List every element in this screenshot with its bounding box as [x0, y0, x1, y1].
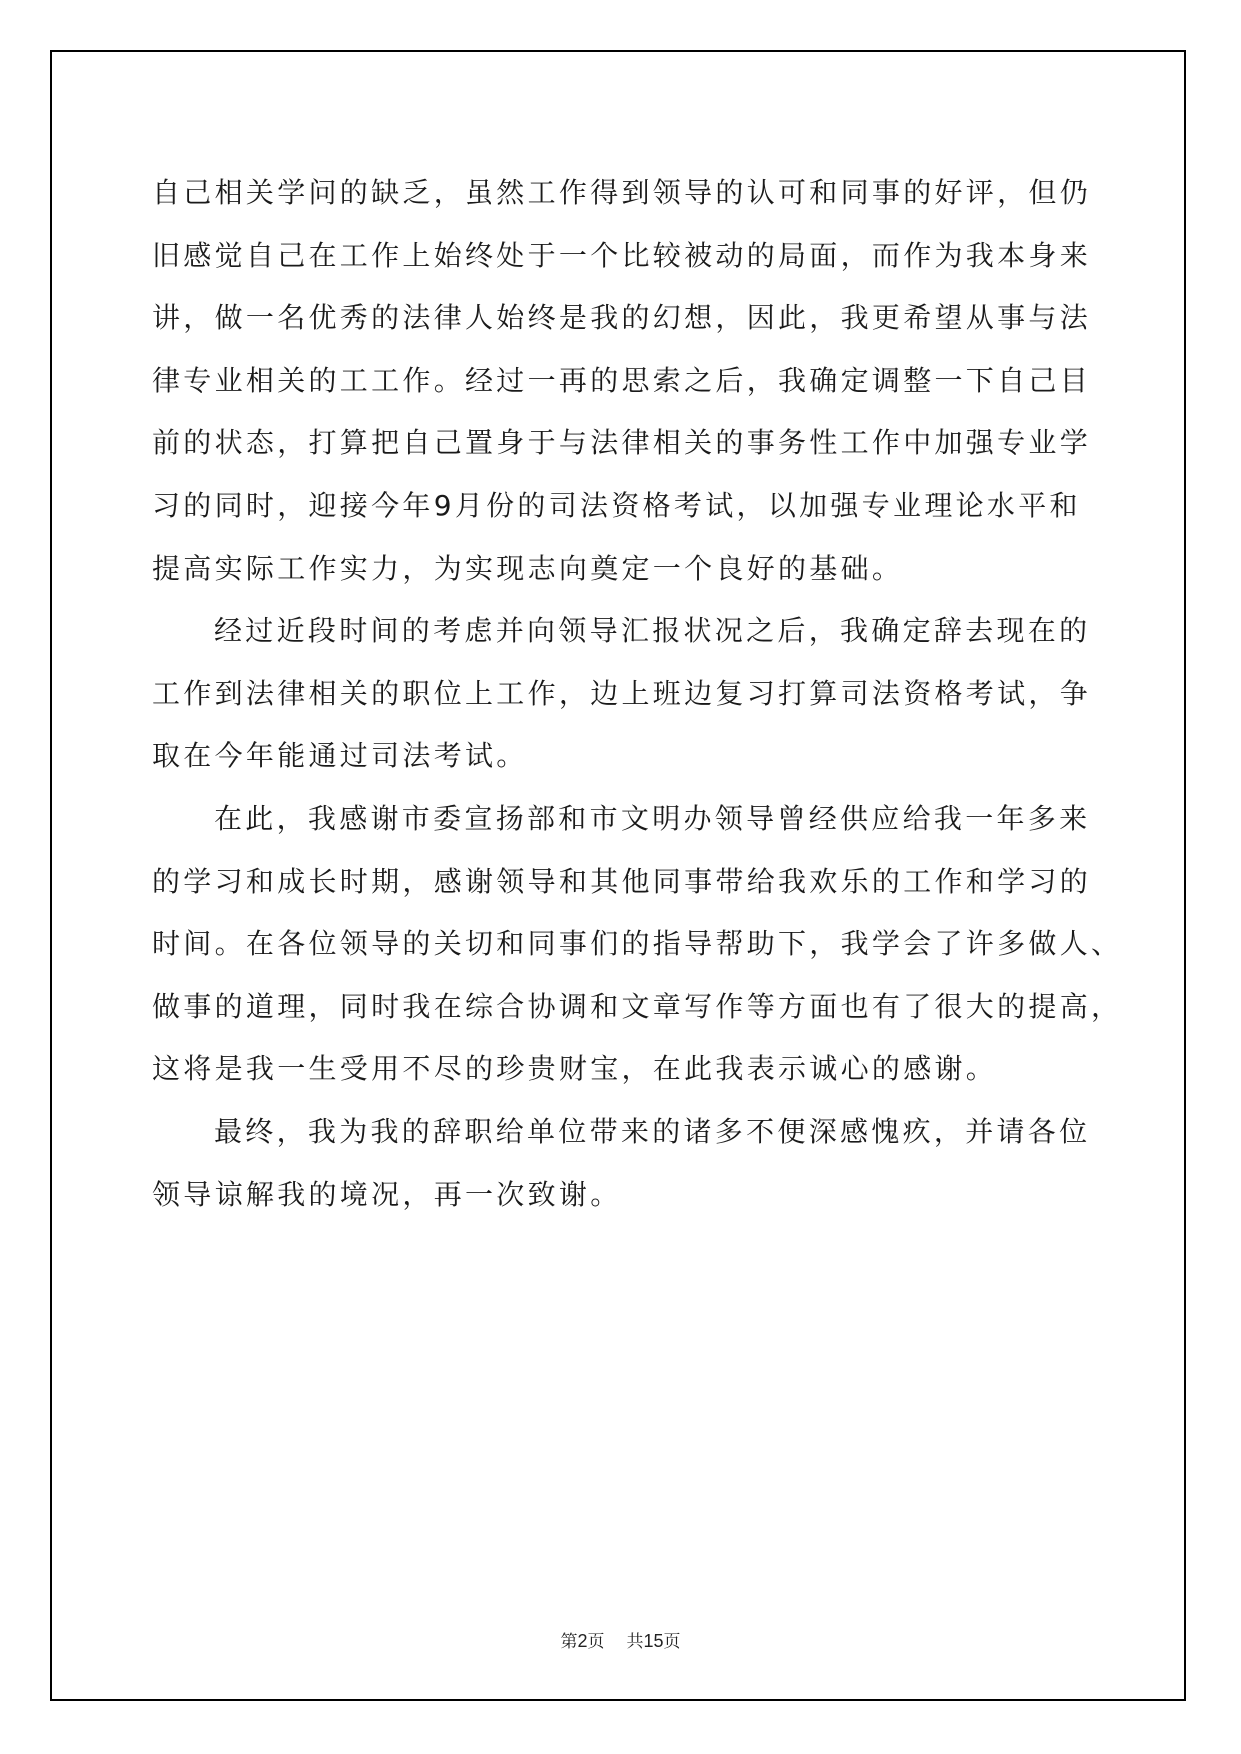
text-line-9: 工作到法律相关的职位上工作，边上班边复习打算司法资格考试，争 [152, 663, 1087, 726]
paragraph-start-line-16: 最终，我为我的辞职给单位带来的诸多不便深感愧疚，并请各位 [152, 1101, 1087, 1164]
text-line-7: 提高实际工作实力，为实现志向奠定一个良好的基础。 [152, 538, 1087, 601]
total-suffix: 页 [664, 1632, 681, 1652]
page-footer: 第2页共15页 [0, 1627, 1241, 1652]
current-page-number: 2 [577, 1631, 587, 1651]
paragraph-start-line-11: 在此，我感谢市委宣扬部和市文明办领导曾经供应给我一年多来 [152, 788, 1087, 851]
text-line-14: 做事的道理，同时我在综合协调和文章写作等方面也有了很大的提高， [152, 976, 1087, 1039]
text-line-4: 律专业相关的工工作。经过一再的思索之后，我确定调整一下自己目 [152, 350, 1087, 413]
page-suffix: 页 [587, 1632, 604, 1652]
total-pages-number: 15 [643, 1631, 663, 1651]
text-line-10: 取在今年能通过司法考试。 [152, 725, 1087, 788]
paragraph-start-line-8: 经过近段时间的考虑并向领导汇报状况之后，我确定辞去现在的 [152, 600, 1087, 663]
text-line-2: 旧感觉自己在工作上始终处于一个比较被动的局面，而作为我本身来 [152, 225, 1087, 288]
page-prefix: 第 [560, 1632, 577, 1652]
text-line-6: 习的同时，迎接今年9月份的司法资格考试，以加强专业理论水平和 [152, 475, 1087, 538]
text-line-3: 讲，做一名优秀的法律人始终是我的幻想，因此，我更希望从事与法 [152, 287, 1087, 350]
text-line-12: 的学习和成长时期，感谢领导和其他同事带给我欢乐的工作和学习的 [152, 851, 1087, 914]
text-line-5: 前的状态，打算把自己置身于与法律相关的事务性工作中加强专业学 [152, 412, 1087, 475]
text-line-17: 领导谅解我的境况，再一次致谢。 [152, 1164, 1087, 1227]
text-line-1: 自己相关学问的缺乏，虽然工作得到领导的认可和同事的好评，但仍 [152, 162, 1087, 225]
document-body: 自己相关学问的缺乏，虽然工作得到领导的认可和同事的好评，但仍 旧感觉自己在工作上… [152, 162, 1087, 1226]
total-prefix: 共 [626, 1632, 643, 1652]
text-line-13: 时间。在各位领导的关切和同事们的指导帮助下，我学会了许多做人、 [152, 913, 1087, 976]
text-line-15: 这将是我一生受用不尽的珍贵财宝，在此我表示诚心的感谢。 [152, 1038, 1087, 1101]
